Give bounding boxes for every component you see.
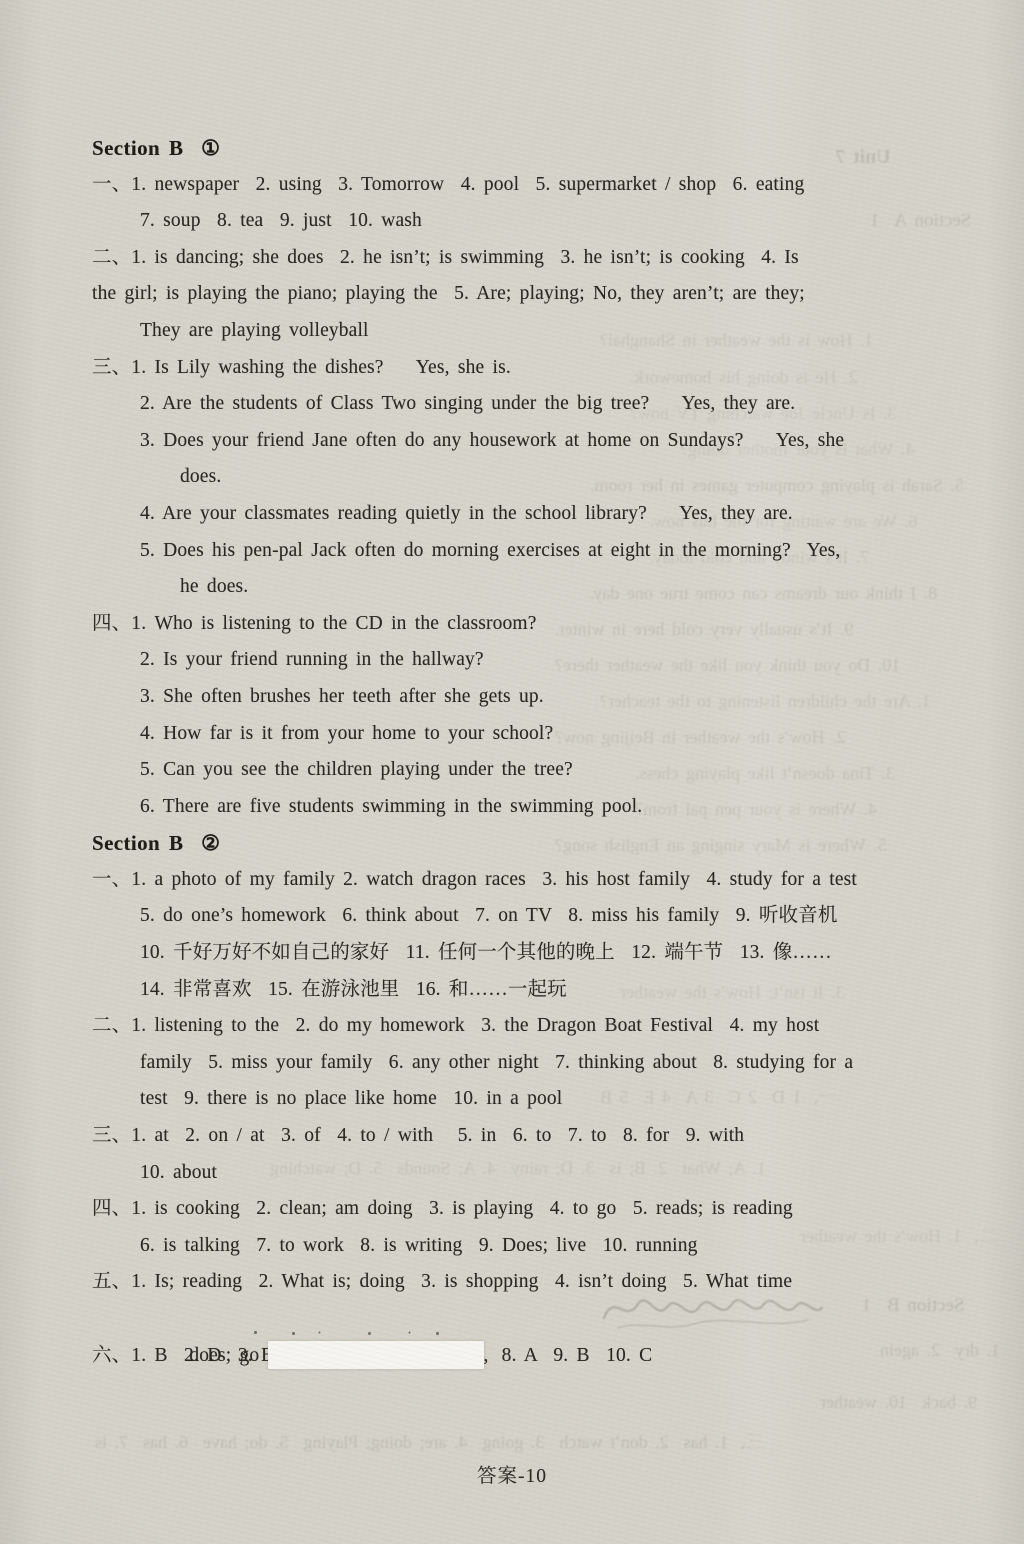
- answer-line: 14. 非常喜欢 15. 在游泳池里 16. 和……一起玩: [92, 972, 1002, 1009]
- answer-line: the girl; is playing the piano; playing …: [92, 276, 1002, 313]
- whiteout-correction: [268, 1341, 484, 1369]
- answer-line: 3. Does your friend Jane often do any ho…: [92, 423, 1002, 460]
- answer-line: 4. Are your classmates reading quietly i…: [92, 496, 1002, 533]
- answer-line: 5. Does his pen-pal Jack often do mornin…: [92, 533, 1002, 570]
- answer-line-fragment: does; go: [189, 1345, 267, 1366]
- answer-line: 10. about: [92, 1155, 1002, 1192]
- answer-line: 2. Are the students of Class Two singing…: [92, 386, 1002, 423]
- answer-line: 5. Can you see the children playing unde…: [92, 752, 1002, 789]
- answer-line: 三、1. at 2. on / at 3. of 4. to / with 5.…: [92, 1118, 1002, 1155]
- answer-line: 一、1. newspaper 2. using 3. Tomorrow 4. p…: [92, 167, 1002, 204]
- bleedthrough-text: 三、1. has 2. don’t watch 3. going 4. are;…: [95, 1428, 765, 1454]
- answer-line: 7. soup 8. tea 9. just 10. wash: [92, 203, 1002, 240]
- answer-line: 三、1. Is Lily washing the dishes? Yes, sh…: [92, 350, 1002, 387]
- page-number: 答案-10: [0, 1460, 1024, 1488]
- answer-content: Section B ① 一、1. newspaper 2. using 3. T…: [92, 130, 1002, 1374]
- answer-line: 四、1. is cooking 2. clean; am doing 3. is…: [92, 1191, 1002, 1228]
- answer-line: 6. is talking 7. to work 8. is writing 9…: [92, 1228, 1002, 1265]
- answer-line: test 9. there is no place like home 10. …: [92, 1081, 1002, 1118]
- answer-line: 4. How far is it from your home to your …: [92, 716, 1002, 753]
- answer-line: 5. do one’s homework 6. think about 7. o…: [92, 898, 1002, 935]
- answer-line-with-whiteout: does; go ,: [92, 1301, 1002, 1338]
- answer-line: 一、1. a photo of my family 2. watch drago…: [92, 862, 1002, 899]
- answer-line: 五、1. Is; reading 2. What is; doing 3. is…: [92, 1264, 1002, 1301]
- answer-line: 四、1. Who is listening to the CD in the c…: [92, 606, 1002, 643]
- section-heading-b1: Section B ①: [92, 130, 1002, 167]
- answer-line: 10. 千好万好不如自己的家好 11. 任何一个其他的晚上 12. 端午节 13…: [92, 935, 1002, 972]
- answer-line: 2. Is your friend running in the hallway…: [92, 642, 1002, 679]
- answer-line: 6. There are five students swimming in t…: [92, 789, 1002, 826]
- answer-line: he does.: [92, 569, 1002, 606]
- section-heading-b2: Section B ②: [92, 825, 1002, 862]
- answer-line: 3. She often brushes her teeth after she…: [92, 679, 1002, 716]
- answer-line-fragment: ,: [484, 1345, 489, 1366]
- answer-line: 二、1. is dancing; she does 2. he isn’t; i…: [92, 240, 1002, 277]
- covered-text-fragments: [240, 1301, 243, 1304]
- bleedthrough-text: 9. back 10. weather: [820, 1392, 977, 1413]
- answer-line: does.: [92, 459, 1002, 496]
- answer-line: They are playing volleyball: [92, 313, 1002, 350]
- answer-line: 二、1. listening to the 2. do my homework …: [92, 1008, 1002, 1045]
- answer-line: family 5. miss your family 6. any other …: [92, 1045, 1002, 1082]
- page-background: Unit 7 Section A 1 1. How is the weather…: [0, 0, 1024, 1544]
- scanned-answer-page: { "page": { "footer": "答案-10", "backgrou…: [0, 0, 1024, 1544]
